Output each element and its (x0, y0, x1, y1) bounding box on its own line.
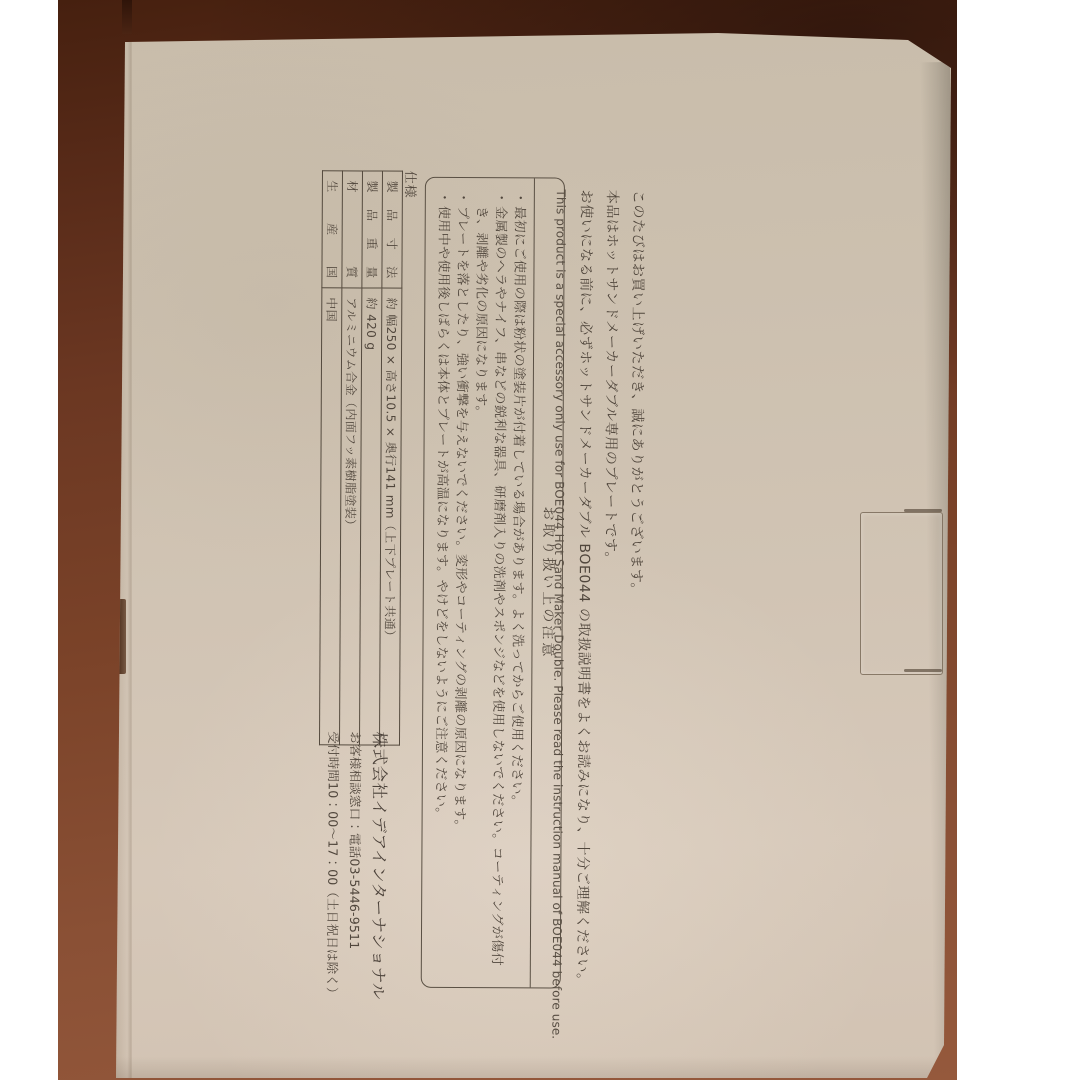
spec-row: 製品重量 約 420 g (359, 171, 382, 745)
spec-row: 製品寸法 約 幅250 × 高さ10.5 × 奥行141 mm（上下プレート共通… (379, 171, 402, 745)
bullet-marker: ・ (434, 191, 453, 205)
notice-title: お取り扱い上の注意 (530, 178, 564, 987)
spec-table: 製品寸法 約 幅250 × 高さ10.5 × 奥行141 mm（上下プレート共通… (319, 170, 403, 745)
bullet-marker: ・ (453, 191, 472, 205)
notice-bullet-text: 使用中や使用後しばらくは本体とプレートが高温になります。やけどをしないようにご注… (433, 206, 451, 821)
spec-label: 材質 (342, 171, 363, 288)
box-flap-notch-bottom (904, 669, 942, 672)
notice-bullet-list: ・ 最初にご使用の際は粉状の塗装片が付着している場合があります。よく洗ってからご… (430, 178, 534, 988)
spec-value: 約 420 g (359, 288, 381, 745)
notice-bullet: ・ 金属製のヘラやナイフ、串などの鋭利な器具、研磨剤入りの洗剤やスポンジなどを使… (468, 191, 510, 974)
greeting-line-3: お使いになる前に、必ずホットサンドメーカーダブル BOE044 の取扱説明書をよ… (568, 190, 598, 1040)
company-name: 株式会社イデアインターナショナル (365, 731, 392, 1000)
spec-value: 中国 (319, 288, 341, 745)
company-hours-line: 受付時間10：00～17：00（土日祝日は除く） (321, 731, 344, 1000)
box-left-notch (115, 599, 126, 674)
greeting-line-1: このたびはお買い上げいただき、誠にありがとうございます。 (620, 190, 650, 1040)
company-support-line: お客様相談窓口：電話03-5446-9511 (343, 731, 366, 1000)
box-flap-notch-top (904, 509, 942, 512)
bullet-marker: ・ (491, 191, 510, 205)
box-flap-gap-slit (122, 0, 132, 34)
spec-row: 生産国 中国 (319, 171, 342, 745)
photo-background: このたびはお買い上げいただき、誠にありがとうございます。 本品はホットサンドメー… (58, 0, 957, 1080)
printed-panel: このたびはお買い上げいただき、誠にありがとうございます。 本品はホットサンドメー… (300, 168, 657, 1038)
notice-bullet-text: 金属製のヘラやナイフ、串などの鋭利な器具、研磨剤入りの洗剤やスポンジなどを使用し… (473, 206, 508, 966)
notice-bullet-text: プレートを落としたり、強い衝撃を与えないでください。変形やコーティングの剥離の原… (452, 206, 470, 833)
spec-label: 製品重量 (362, 171, 383, 288)
spec-value: 約 幅250 × 高さ10.5 × 奥行141 mm（上下プレート共通） (379, 288, 401, 745)
notice-box: お取り扱い上の注意 ・ 最初にご使用の際は粉状の塗装片が付着している場合がありま… (421, 177, 565, 989)
spec-label: 生産国 (322, 171, 343, 288)
box-left-crease (116, 42, 132, 1078)
spec-heading: 仕様 (402, 171, 421, 199)
greeting-line-2: 本品はホットサンドメーカーダブル専用のプレートです。 (594, 190, 624, 1040)
spec-label: 製品寸法 (382, 171, 403, 288)
notice-bullet-text: 最初にご使用の際は粉状の塗装片が付着している場合があります。よく洗ってからご使用… (509, 206, 527, 808)
box-tuck-flap-score (860, 512, 943, 675)
company-block: 株式会社イデアインターナショナル お客様相談窓口：電話03-5446-9511 … (321, 731, 392, 1000)
spec-row: 材質 アルミニウム合金（内面フッ素樹脂塗装） (339, 171, 362, 745)
bullet-marker: ・ (510, 191, 529, 205)
spec-value: アルミニウム合金（内面フッ素樹脂塗装） (339, 288, 361, 745)
